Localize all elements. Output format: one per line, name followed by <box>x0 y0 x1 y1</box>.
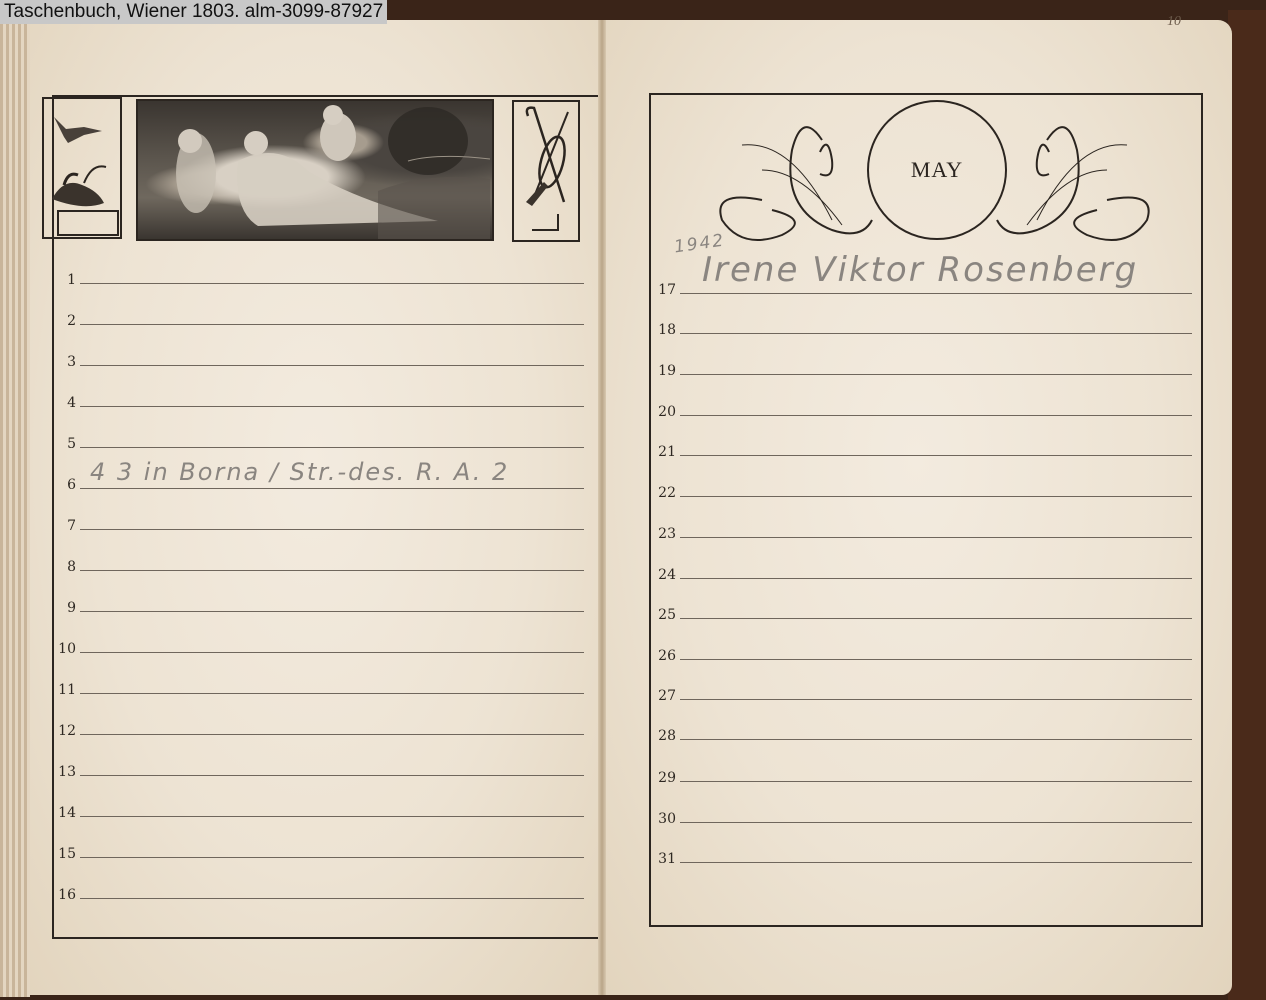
left-page: 1 2 3 4 5 6 7 8 9 10 11 12 13 14 15 16 4… <box>22 20 602 995</box>
day-number: 23 <box>652 526 680 542</box>
day-number: 19 <box>652 363 680 379</box>
day-row-28[interactable]: 28 <box>652 724 1192 744</box>
writing-line <box>80 856 584 858</box>
trumpet-drum-staff-icon <box>512 100 580 242</box>
day-number: 20 <box>652 404 680 420</box>
writing-line <box>680 292 1192 294</box>
writing-line <box>80 733 584 735</box>
day-row-7[interactable]: 7 <box>52 514 584 534</box>
writing-line <box>680 821 1192 823</box>
writing-line <box>680 617 1192 619</box>
day-number: 17 <box>652 282 680 298</box>
day-number: 24 <box>652 567 680 583</box>
engraving-illustration <box>136 99 494 241</box>
day-row-5[interactable]: 5 <box>52 432 584 452</box>
day-row-25[interactable]: 25 <box>652 603 1192 623</box>
day-row-26[interactable]: 26 <box>652 644 1192 664</box>
day-row-16[interactable]: 16 <box>52 883 584 903</box>
book-cover-edge <box>1228 10 1266 1000</box>
day-number: 5 <box>52 436 80 452</box>
day-row-8[interactable]: 8 <box>52 555 584 575</box>
day-number: 18 <box>652 322 680 338</box>
writing-line <box>680 577 1192 579</box>
day-row-22[interactable]: 22 <box>652 481 1192 501</box>
writing-line <box>680 780 1192 782</box>
right-page: 10 MAY 17 18 19 20 21 22 23 <box>602 20 1232 995</box>
writing-line <box>80 405 584 407</box>
writing-line <box>680 861 1192 863</box>
month-medallion: MAY <box>867 100 1007 240</box>
day-number: 27 <box>652 688 680 704</box>
writing-line <box>680 698 1192 700</box>
day-number: 15 <box>52 846 80 862</box>
writing-line <box>680 658 1192 660</box>
day-number: 14 <box>52 805 80 821</box>
writing-line <box>80 815 584 817</box>
day-number: 3 <box>52 354 80 370</box>
day-row-13[interactable]: 13 <box>52 760 584 780</box>
day-row-31[interactable]: 31 <box>652 847 1192 867</box>
day-row-4[interactable]: 4 <box>52 391 584 411</box>
writing-line <box>680 373 1192 375</box>
day-number: 12 <box>52 723 80 739</box>
day-number: 26 <box>652 648 680 664</box>
writing-line <box>80 774 584 776</box>
day-number: 2 <box>52 313 80 329</box>
day-number: 22 <box>652 485 680 501</box>
day-number: 8 <box>52 559 80 575</box>
handwritten-entry-day-6: 4 3 in Borna / Str.-des. R. A. 2 <box>90 458 509 486</box>
day-row-14[interactable]: 14 <box>52 801 584 821</box>
writing-line <box>80 282 584 284</box>
day-row-27[interactable]: 27 <box>652 684 1192 704</box>
writing-line <box>680 414 1192 416</box>
day-row-30[interactable]: 30 <box>652 807 1192 827</box>
writing-line <box>680 738 1192 740</box>
day-number: 9 <box>52 600 80 616</box>
writing-line <box>80 610 584 612</box>
month-title: MAY <box>911 157 963 183</box>
day-number: 13 <box>52 764 80 780</box>
day-number: 1 <box>52 272 80 288</box>
day-row-24[interactable]: 24 <box>652 563 1192 583</box>
writing-line <box>80 569 584 571</box>
day-number: 6 <box>52 477 80 493</box>
writing-line <box>80 528 584 530</box>
day-number: 16 <box>52 887 80 903</box>
day-row-23[interactable]: 23 <box>652 522 1192 542</box>
page-edges <box>0 22 30 997</box>
day-number: 10 <box>52 641 80 657</box>
page-number: 10 <box>1167 14 1181 30</box>
day-row-29[interactable]: 29 <box>652 766 1192 786</box>
day-row-1[interactable]: 1 <box>52 268 584 288</box>
writing-line <box>680 332 1192 334</box>
writing-line <box>80 364 584 366</box>
book-gutter <box>598 20 606 995</box>
writing-line <box>680 536 1192 538</box>
writing-line <box>680 495 1192 497</box>
image-caption: Taschenbuch, Wiener 1803. alm-3099-87927 <box>0 0 387 24</box>
day-number: 7 <box>52 518 80 534</box>
day-row-9[interactable]: 9 <box>52 596 584 616</box>
writing-line <box>80 323 584 325</box>
day-row-10[interactable]: 10 <box>52 637 584 657</box>
day-number: 28 <box>652 728 680 744</box>
day-row-20[interactable]: 20 <box>652 400 1192 420</box>
day-row-11[interactable]: 11 <box>52 678 584 698</box>
writing-line <box>80 692 584 694</box>
writing-line <box>80 446 584 448</box>
dove-and-nest-icon <box>42 97 122 239</box>
day-number: 29 <box>652 770 680 786</box>
writing-line <box>80 487 584 489</box>
day-number: 21 <box>652 444 680 460</box>
writing-line <box>80 897 584 899</box>
day-number: 11 <box>52 682 80 698</box>
writing-line <box>80 651 584 653</box>
handwritten-entry-day-17: Irene Viktor Rosenberg <box>702 250 1138 290</box>
day-row-2[interactable]: 2 <box>52 309 584 329</box>
day-row-3[interactable]: 3 <box>52 350 584 370</box>
day-row-15[interactable]: 15 <box>52 842 584 862</box>
month-header: MAY <box>702 100 1172 260</box>
day-number: 25 <box>652 607 680 623</box>
day-number: 4 <box>52 395 80 411</box>
day-number: 30 <box>652 811 680 827</box>
day-row-19[interactable]: 19 <box>652 359 1192 379</box>
writing-line <box>680 454 1192 456</box>
day-row-12[interactable]: 12 <box>52 719 584 739</box>
day-row-21[interactable]: 21 <box>652 440 1192 460</box>
day-row-18[interactable]: 18 <box>652 318 1192 338</box>
day-number: 31 <box>652 851 680 867</box>
